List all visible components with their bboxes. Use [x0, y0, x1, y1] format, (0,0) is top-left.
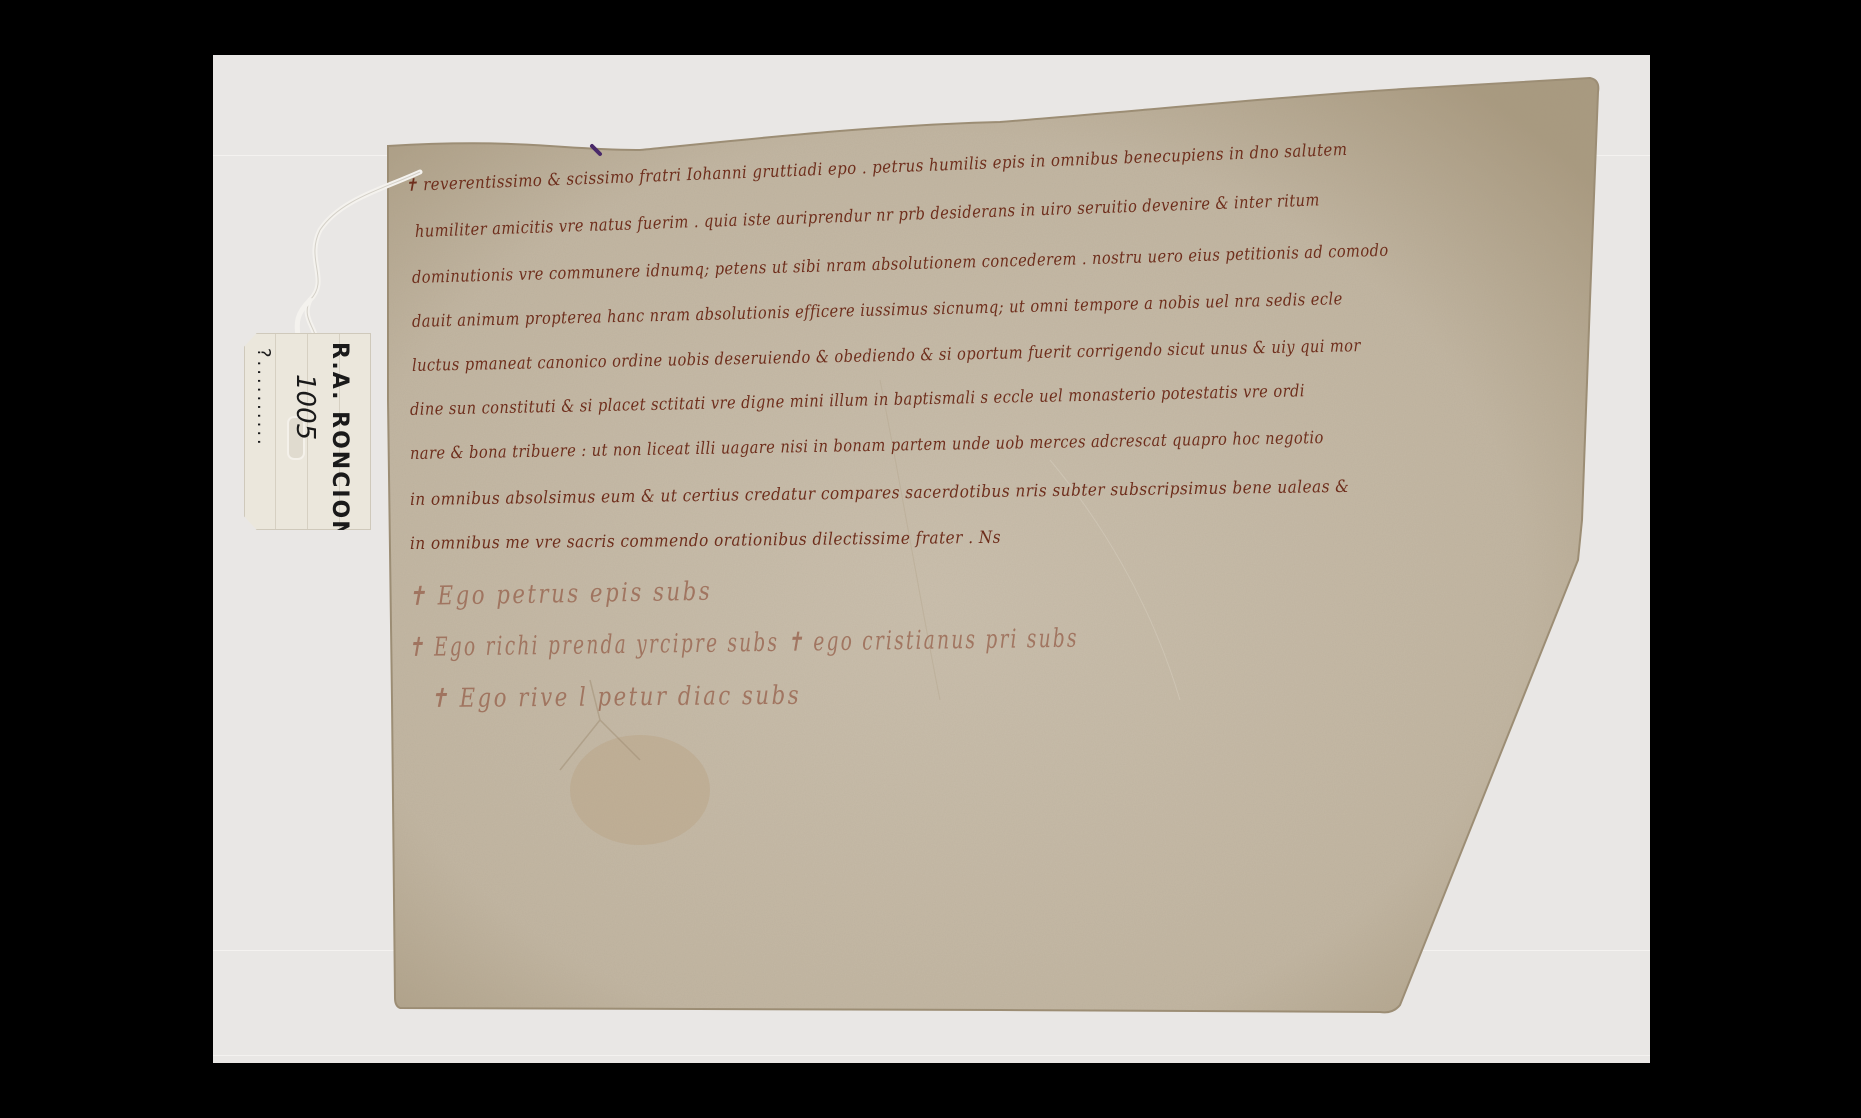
tag-rule-line	[275, 334, 276, 529]
archive-tag: R.A. RONCIONI 1005 ?..........	[244, 333, 371, 530]
subscription-line: ✝ Ego rive l petur diac subs	[430, 681, 801, 714]
tag-collection-label: R.A. RONCIONI	[327, 342, 352, 551]
tag-document-number: 1005	[290, 374, 320, 440]
tag-query-mark: ?..........	[253, 348, 274, 448]
subscription-line: ✝ Ego petrus epis subs	[408, 577, 713, 612]
